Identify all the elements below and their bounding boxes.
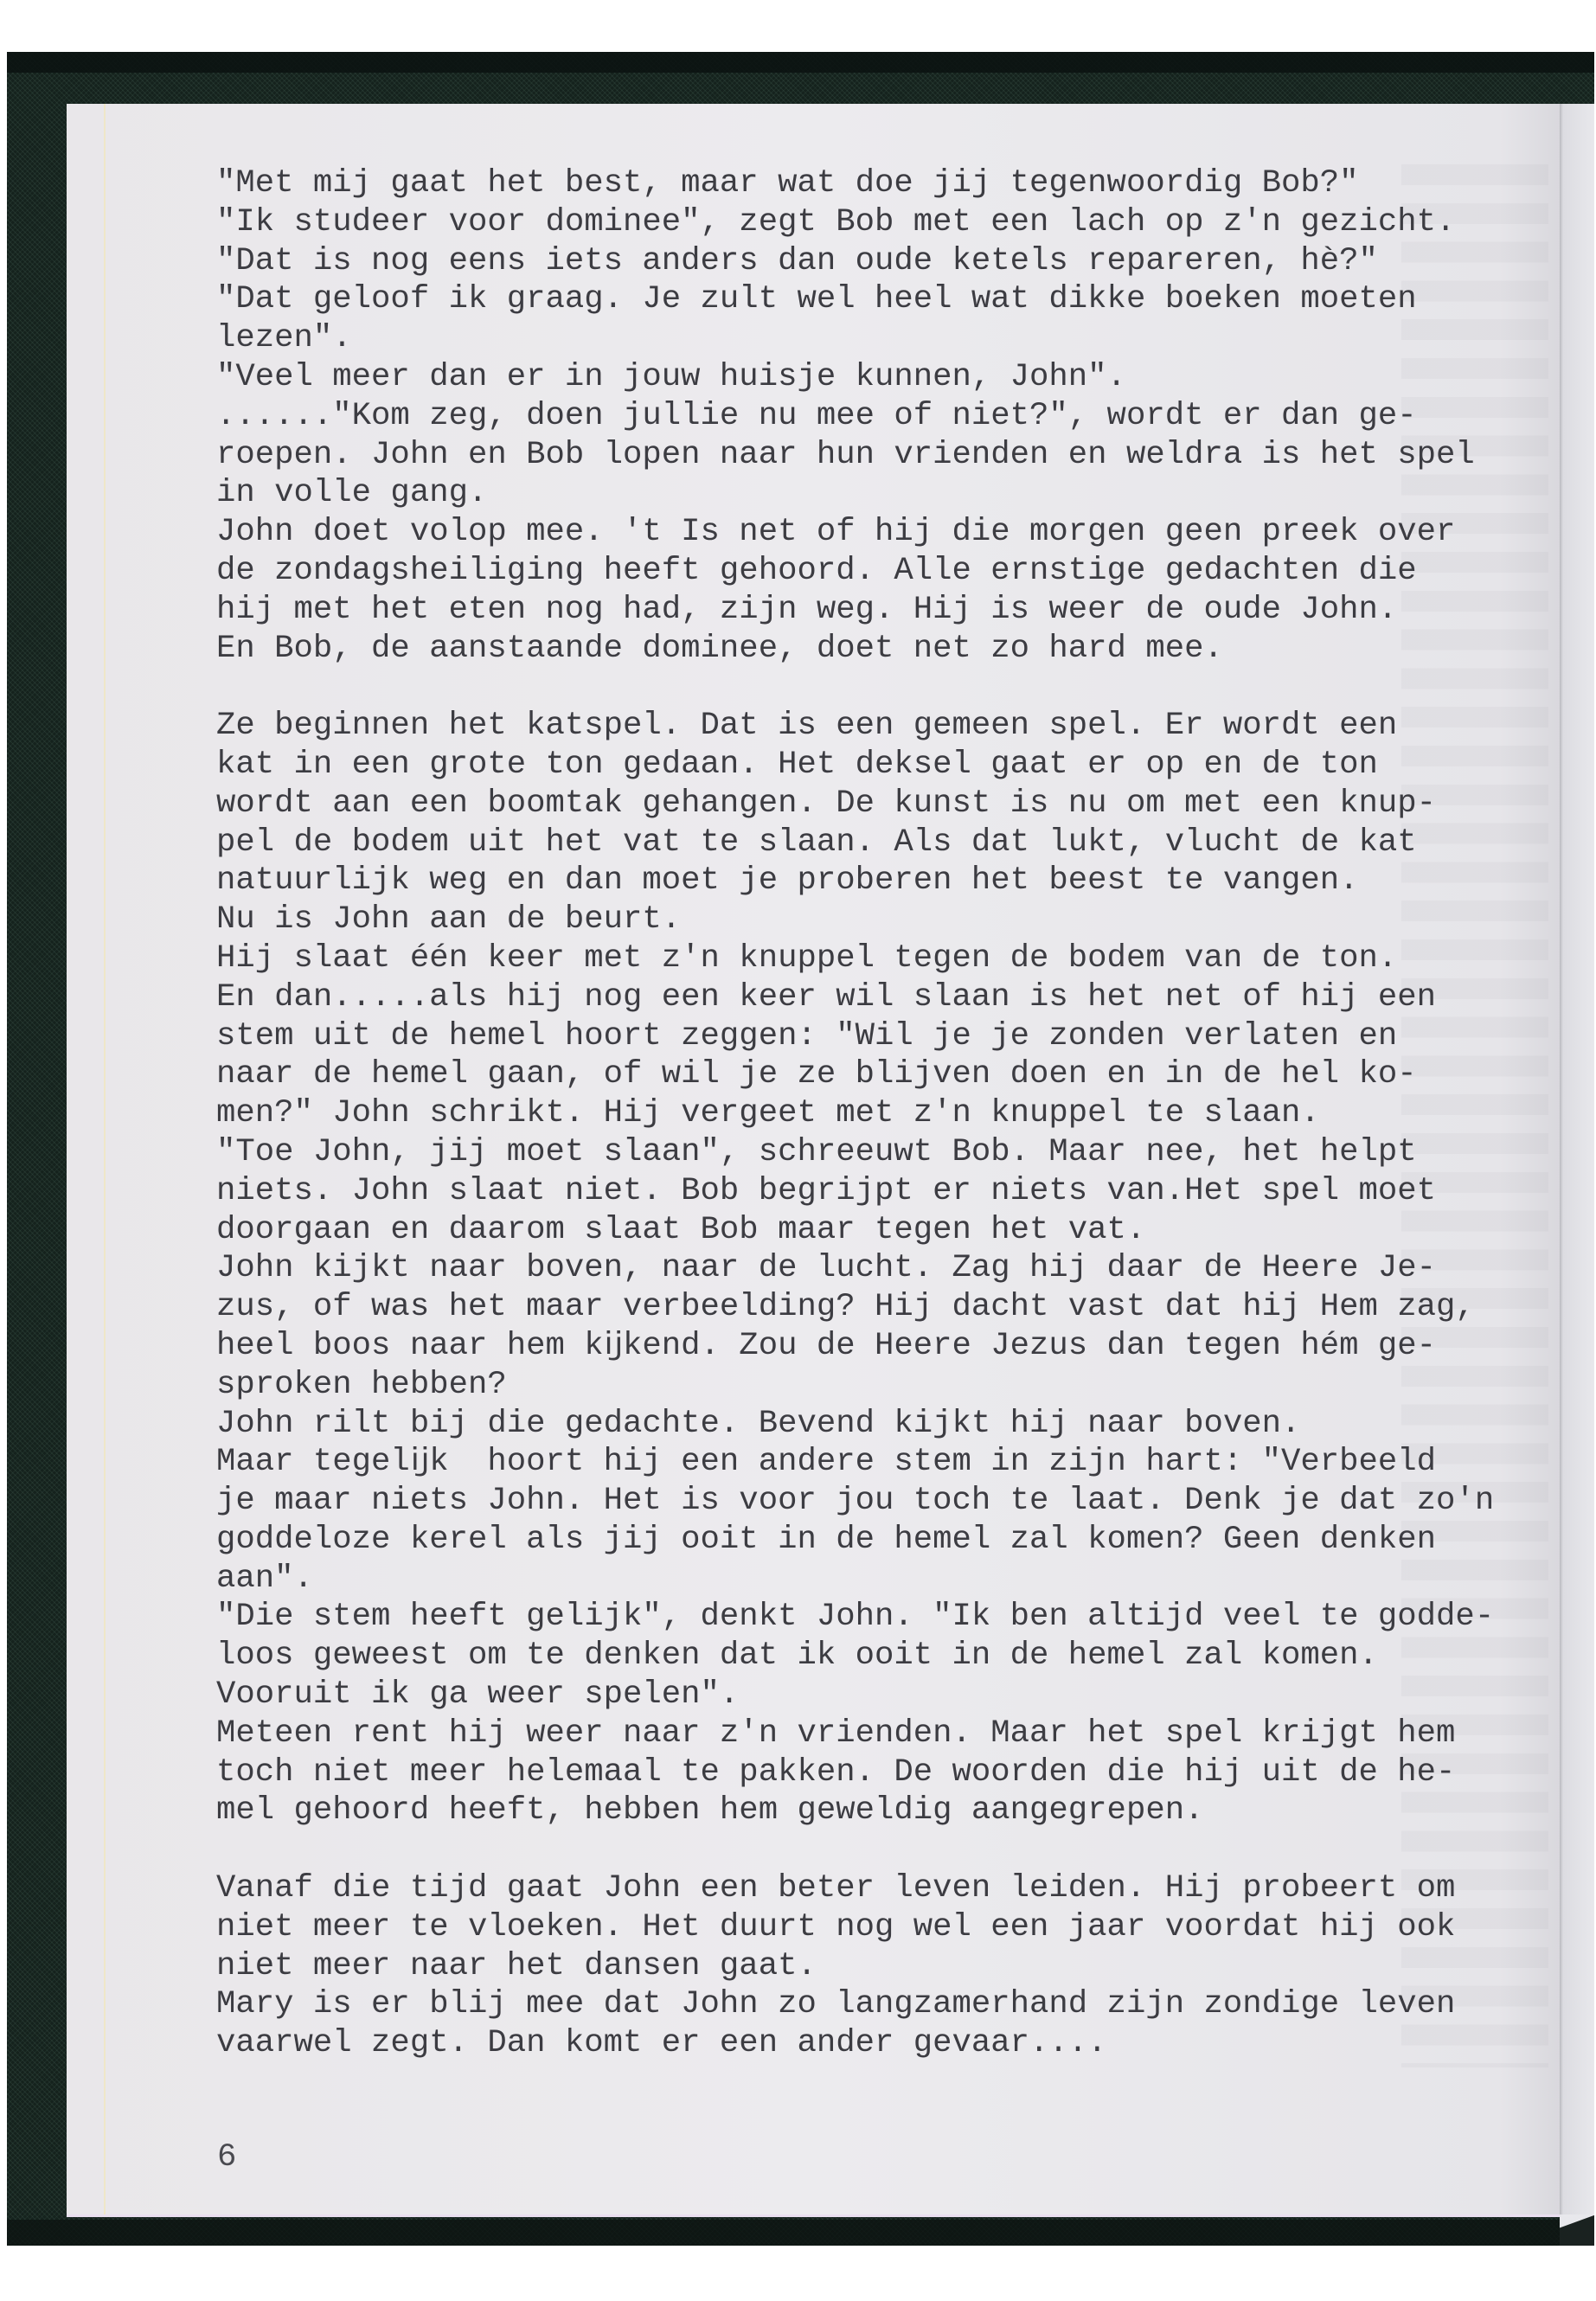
text-line: Nu is John aan de beurt. (216, 901, 1494, 939)
text-line: wordt aan een boomtak gehangen. De kunst… (216, 785, 1494, 824)
text-line: "Die stem heeft gelijk", denkt John. "Ik… (216, 1598, 1494, 1637)
text-line: in volle gang. (216, 474, 1494, 513)
text-line: aan". (216, 1560, 1494, 1599)
text-line: niets. John slaat niet. Bob begrijpt er … (216, 1172, 1494, 1211)
paragraph-gap (216, 668, 1494, 707)
paragraph: Ze beginnen het katspel. Dat is een geme… (216, 707, 1494, 1830)
text-line: stem uit de hemel hoort zeggen: "Wil je … (216, 1017, 1494, 1056)
text-line: niet meer te vloeken. Het duurt nog wel … (216, 1908, 1494, 1947)
page-body-text: "Met mij gaat het best, maar wat doe jij… (216, 164, 1494, 2063)
text-line: "Ik studeer voor dominee", zegt Bob met … (216, 203, 1494, 242)
text-line: doorgaan en daarom slaat Bob maar tegen … (216, 1211, 1494, 1250)
text-line: je maar niets John. Het is voor jou toch… (216, 1482, 1494, 1521)
page-gutter-line (104, 104, 106, 2214)
text-line: vaarwel zegt. Dan komt er een ander geva… (216, 2024, 1494, 2063)
text-line: pel de bodem uit het vat te slaan. Als d… (216, 824, 1494, 862)
text-line: Mary is er blij mee dat John zo langzame… (216, 1985, 1494, 2024)
text-line: "Met mij gaat het best, maar wat doe jij… (216, 164, 1494, 203)
text-line: "Dat geloof ik graag. Je zult wel heel w… (216, 280, 1494, 319)
text-line: mel gehoord heeft, hebben hem geweldig a… (216, 1791, 1494, 1830)
page-fore-edge (1560, 104, 1594, 2220)
text-line: "Toe John, jij moet slaan", schreeuwt Bo… (216, 1133, 1494, 1172)
text-line: goddeloze kerel als jij ooit in de hemel… (216, 1521, 1494, 1560)
text-line: kat in een grote ton gedaan. Het deksel … (216, 746, 1494, 785)
text-line: niet meer naar het dansen gaat. (216, 1947, 1494, 1986)
paragraph: Vanaf die tijd gaat John een beter leven… (216, 1869, 1494, 2063)
text-line: hij met het eten nog had, zijn weg. Hij … (216, 591, 1494, 630)
text-line: ......"Kom zeg, doen jullie nu mee of ni… (216, 397, 1494, 436)
fore-edge-corner (1560, 2214, 1594, 2246)
text-line: "Veel meer dan er in jouw huisje kunnen,… (216, 358, 1494, 397)
text-line: loos geweest om te denken dat ik ooit in… (216, 1637, 1494, 1676)
page-number: 6 (217, 2138, 236, 2177)
text-line: zus, of was het maar verbeelding? Hij da… (216, 1288, 1494, 1327)
cover-top-edge (7, 52, 1594, 73)
text-line: de zondagsheiliging heeft gehoord. Alle … (216, 552, 1494, 591)
text-line: Hij slaat één keer met z'n knuppel tegen… (216, 939, 1494, 978)
text-line: sproken hebben? (216, 1366, 1494, 1405)
text-line: lezen". (216, 319, 1494, 358)
text-line: Maar tegelĳk hoort hij een andere stem i… (216, 1443, 1494, 1482)
text-line: Vooruit ik ga weer spelen". (216, 1676, 1494, 1715)
text-line: heel boos naar hem kĳkend. Zou de Heere … (216, 1327, 1494, 1366)
text-line: En Bob, de aanstaande dominee, doet net … (216, 630, 1494, 669)
cover-bottom-edge (7, 2220, 1594, 2246)
text-line: men?" John schrikt. Hij vergeet met z'n … (216, 1094, 1494, 1133)
paragraph-gap (216, 1830, 1494, 1869)
paragraph: "Met mij gaat het best, maar wat doe jij… (216, 164, 1494, 668)
text-line: toch niet meer helemaal te pakken. De wo… (216, 1753, 1494, 1792)
text-line: Vanaf die tijd gaat John een beter leven… (216, 1869, 1494, 1908)
text-line: John kijkt naar boven, naar de lucht. Za… (216, 1249, 1494, 1288)
text-line: "Dat is nog eens iets anders dan oude ke… (216, 242, 1494, 281)
text-line: John doet volop mee. 't Is net of hij di… (216, 513, 1494, 552)
text-line: Meteen rent hij weer naar z'n vrienden. … (216, 1715, 1494, 1753)
text-line: John rilt bij die gedachte. Bevend kijkt… (216, 1405, 1494, 1444)
text-line: En dan.....als hij nog een keer wil slaa… (216, 978, 1494, 1017)
text-line: roepen. John en Bob lopen naar hun vrien… (216, 436, 1494, 475)
text-line: naar de hemel gaan, of wil je ze blijven… (216, 1055, 1494, 1094)
text-line: Ze beginnen het katspel. Dat is een geme… (216, 707, 1494, 746)
text-line: natuurlijk weg en dan moet je proberen h… (216, 862, 1494, 901)
